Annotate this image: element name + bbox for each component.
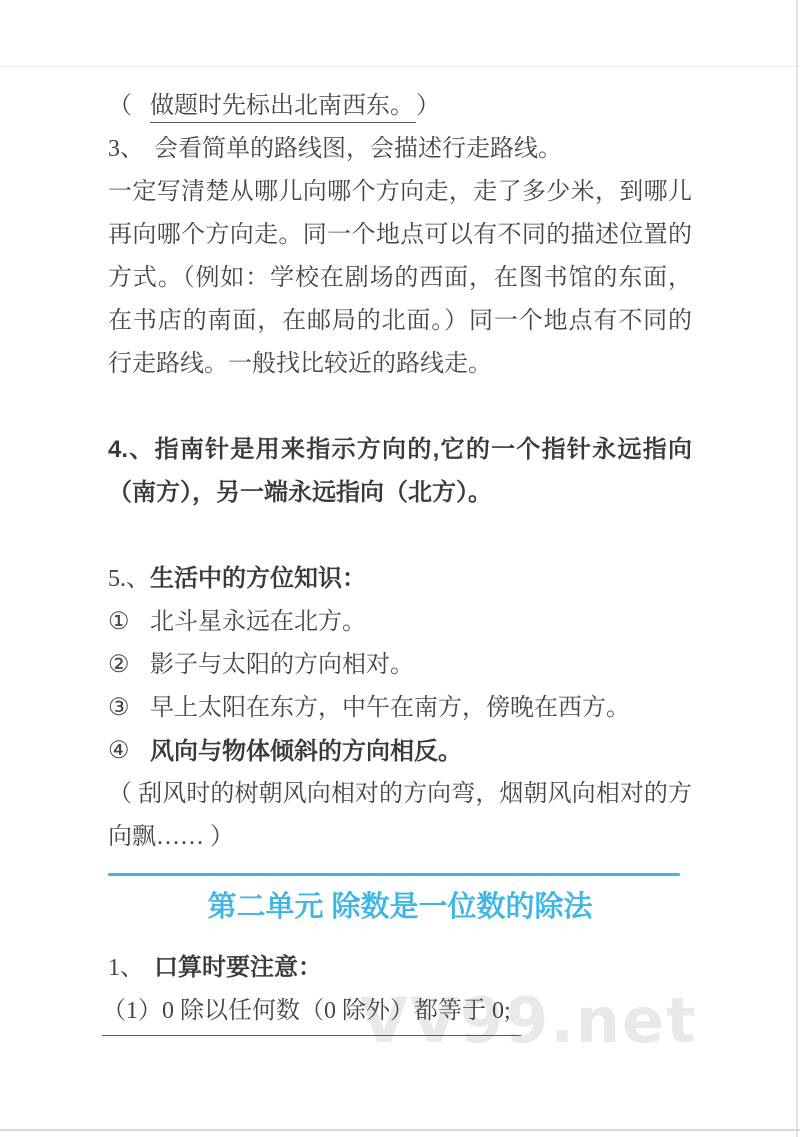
bullet-item-4: ④ 风向与物体倾斜的方向相反。: [108, 730, 692, 773]
bullet-3-text: 早上太阳在东方，中午在南方，傍晚在西方。: [150, 687, 630, 730]
page-top-edge: [0, 66, 800, 67]
unit2-item-1-number: 1、: [108, 955, 144, 981]
document-page: VV99.net （做题时先标出北南西东。） 3、会看简单的路线图，会描述行走路…: [0, 0, 800, 1137]
bullet-4-text: 风向与物体倾斜的方向相反。: [150, 730, 462, 773]
circled-3-marker: ③: [108, 687, 150, 730]
page-right-edge: [796, 0, 798, 1137]
unit-2-heading: 第二单元 除数是一位数的除法: [108, 889, 692, 926]
unit2-item-1: 1、口算时要注意：: [108, 948, 692, 988]
list-item-5: 5.、生活中的方位知识：: [108, 557, 692, 601]
list-item-4: 4.、指南针是用来指示方向的,它的一个指针永远指向（南方），另一端永远指向（北方…: [108, 428, 692, 514]
close-paren: ）: [416, 93, 440, 119]
underlined-tip-text: 做题时先标出北南西东。: [150, 93, 416, 123]
item-4-text: 指南针是用来指示方向的,它的一个指针永远指向（南方），另一端永远指向（北方）。: [108, 436, 692, 506]
unit2-rule-1-underlined-text: （1）0 除以任何数（0 除外）都等于 0;: [102, 991, 521, 1036]
item-5-text: 生活中的方位知识：: [150, 565, 366, 592]
route-description-paragraph: 一定写清楚从哪儿向哪个方向走，走了多少米，到哪儿再向哪个方向走。同一个地点可以有…: [108, 171, 692, 386]
bullet-2-text: 影子与太阳的方向相对。: [150, 644, 414, 687]
item-3-number: 3、: [108, 136, 144, 162]
circled-4-marker: ④: [108, 730, 150, 773]
bullet-item-1: ① 北斗星永远在北方。: [108, 601, 692, 644]
document-content: （做题时先标出北南西东。） 3、会看简单的路线图，会描述行走路线。 一定写清楚从…: [108, 85, 692, 1036]
tip-note-line: （做题时先标出北南西东。）: [108, 85, 692, 128]
bullet-1-text: 北斗星永远在北方。: [150, 601, 366, 644]
open-paren: （: [108, 93, 132, 119]
page-bottom-edge: [0, 1129, 800, 1131]
unit2-rule-1: （1）0 除以任何数（0 除外）都等于 0;: [108, 991, 692, 1036]
section-divider-line: [108, 873, 680, 876]
bullet-item-3: ③ 早上太阳在东方，中午在南方，傍晚在西方。: [108, 687, 692, 730]
item-5-number: 5.、: [108, 566, 150, 592]
bullet-item-2: ② 影子与太阳的方向相对。: [108, 644, 692, 687]
item-3-text: 会看简单的路线图，会描述行走路线。: [154, 136, 562, 162]
circled-2-marker: ②: [108, 644, 150, 687]
item-4-number: 4.、: [108, 436, 155, 463]
wind-note: （ 刮风时的树朝风向相对的方向弯，烟朝风向相对的方向飘…… ）: [108, 773, 692, 859]
unit2-item-1-text: 口算时要注意：: [154, 954, 322, 981]
circled-1-marker: ①: [108, 601, 150, 644]
list-item-3: 3、会看简单的路线图，会描述行走路线。: [108, 128, 692, 171]
